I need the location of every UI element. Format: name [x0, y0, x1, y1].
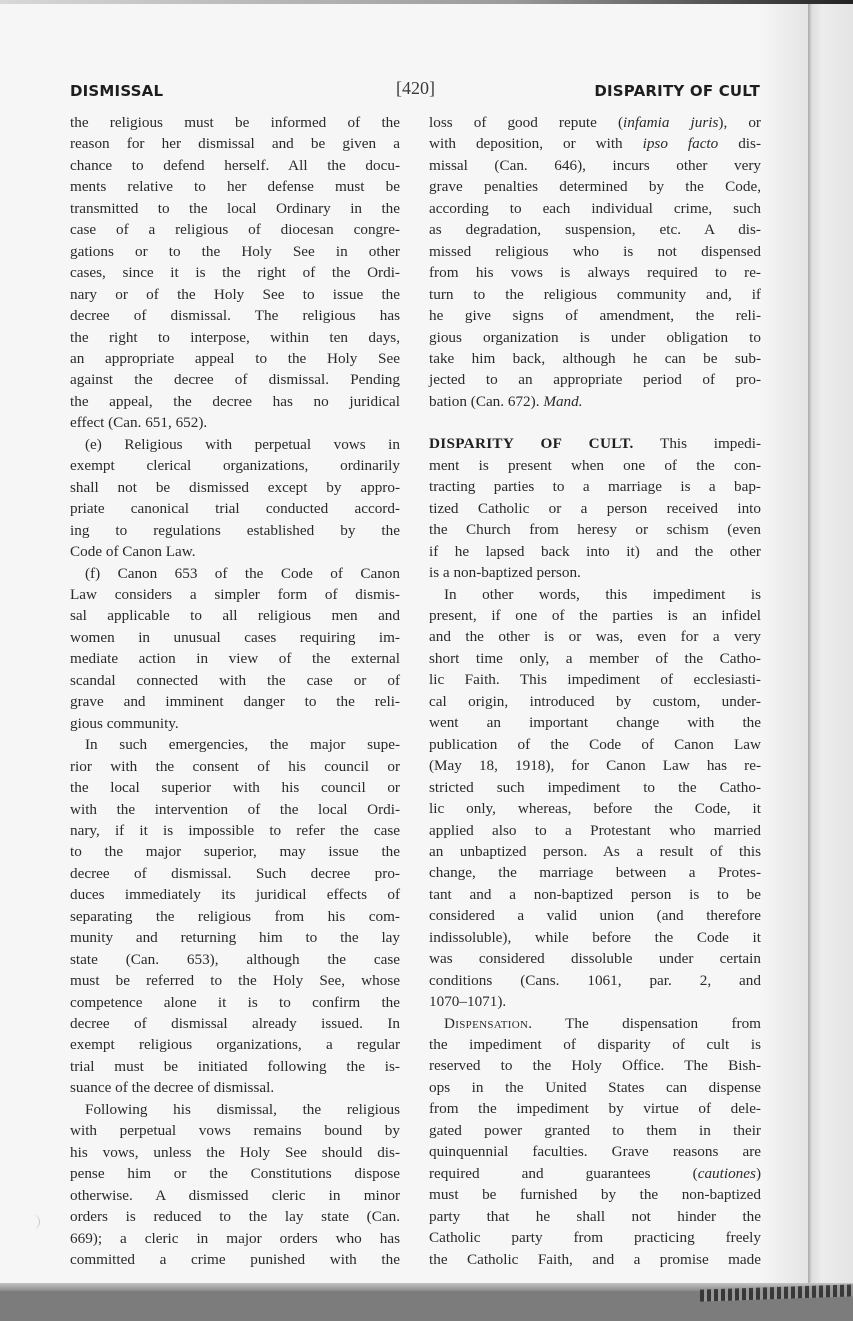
text-line: exempt clerical organizations, ordinaril… — [70, 455, 400, 476]
text-line: gious organization is under obligation t… — [429, 327, 761, 348]
latin-term: cautiones — [698, 1165, 756, 1182]
text-line: Code of Canon Law. — [70, 541, 400, 562]
text-line: lic only, whereas, before the Code, it — [429, 798, 761, 819]
text-line: tant and a non-baptized person is to be — [429, 884, 761, 905]
text-line: suance of the decree of dismissal. — [70, 1077, 400, 1098]
text-line: the Church from heresy or schism (even — [429, 519, 761, 540]
text-line: reserved to the Holy Office. The Bish- — [429, 1055, 761, 1076]
next-page-edge — [808, 3, 853, 1285]
text-line: women in unusual cases requiring im- — [70, 627, 400, 648]
text-line: cases, since it is the right of the Ordi… — [70, 262, 400, 283]
text-line: gated power granted to them in their — [429, 1120, 761, 1141]
text-line: according to each individual crime, such — [429, 198, 761, 219]
text-run: . The dispensation from — [528, 1015, 761, 1032]
text-line: grave penalties determined by the Code, — [429, 176, 761, 197]
dispensation-heading-line: Dispensation. The dispensation from — [429, 1013, 761, 1034]
paragraph-emergencies-start: In such emergencies, the major supe- — [70, 734, 400, 755]
running-head-left: DISMISSAL — [70, 82, 163, 100]
text-run: This impedi- — [634, 435, 761, 452]
text-line: decree of dismissal already issued. In — [70, 1013, 400, 1034]
text-line: turn to the religious community and, if — [429, 284, 761, 305]
text-line: the religious must be informed of the — [70, 112, 400, 133]
text-line: must be referred to the Holy See, whose — [70, 970, 400, 991]
text-line: gious community. — [70, 713, 400, 734]
page-gutter-shadow — [760, 3, 808, 1285]
text-line: as degradation, suspension, etc. A dis- — [429, 219, 761, 240]
text-line: otherwise. A dismissed cleric in minor — [70, 1185, 400, 1206]
text-line: mediate action in view of the external — [70, 648, 400, 669]
text-line: exempt religious organizations, a regula… — [70, 1034, 400, 1055]
text-line: with the intervention of the local Ordi- — [70, 799, 400, 820]
text-line: ments relative to her defense must be — [70, 176, 400, 197]
text-run: required and guarantees ( — [429, 1165, 698, 1182]
text-run: ), or — [718, 114, 761, 131]
text-line: case of a religious of diocesan congre- — [70, 219, 400, 240]
dispensation-subheading: Dispensation — [444, 1015, 528, 1032]
text-line: jected to an appropriate period of pro- — [429, 369, 761, 390]
text-line: separating the religious from his com- — [70, 906, 400, 927]
text-line: the right to interpose, within ten days, — [70, 327, 400, 348]
text-line: committed a crime punished with the — [70, 1249, 400, 1270]
text-line: present, if one of the parties is an inf… — [429, 605, 761, 626]
text-line: he give signs of amendment, the reli- — [429, 305, 761, 326]
text-line: lic Faith. This impediment of ecclesiast… — [429, 669, 761, 690]
text-line: ops in the United States can dispense — [429, 1077, 761, 1098]
text-line: from his vows is always required to re- — [429, 262, 761, 283]
text-line: party that he shall not hinder the — [429, 1206, 761, 1227]
text-line: ing to regulations established by the — [70, 520, 400, 541]
page-number: [420] — [396, 78, 435, 99]
text-line: competence alone it is to confirm the — [70, 992, 400, 1013]
text-line: indissoluble), while before the Code it — [429, 927, 761, 948]
text-line: must be furnished by the non-baptized — [429, 1184, 761, 1205]
text-line: rior with the consent of his council or — [70, 756, 400, 777]
text-line: pense him or the Constitutions dispose — [70, 1163, 400, 1184]
text-line: if he lapsed back into it) and the other — [429, 541, 761, 562]
text-line: duces immediately its juridical effects … — [70, 884, 400, 905]
text-line: ment is present when one of the con- — [429, 455, 761, 476]
paragraph-f-start: (f) Canon 653 of the Code of Canon — [70, 563, 400, 584]
text-run: with deposition, or with — [429, 135, 643, 152]
text-line: the appeal, the decree has no juridical — [70, 391, 400, 412]
text-line: Law considers a simpler form of dismis- — [70, 584, 400, 605]
text-line: nary, if it is impossible to refer the c… — [70, 820, 400, 841]
text-line: missed religious who is not dispensed — [429, 241, 761, 262]
latin-term: ipso facto — [643, 135, 719, 152]
text-line: from the impediment by virtue of dele- — [429, 1098, 761, 1119]
running-head: DISMISSAL [420] DISPARITY OF CULT — [70, 80, 760, 102]
text-line: decree of dismissal. Such decree pro- — [70, 863, 400, 884]
text-line: short time only, a member of the Catho- — [429, 648, 761, 669]
text-line: reason for her dismissal and be given a — [70, 133, 400, 154]
text-line: the impediment of disparity of cult is — [429, 1034, 761, 1055]
text-line: and the other is or was, even for a very — [429, 626, 761, 647]
text-line: loss of good repute (infamia juris), or — [429, 112, 761, 133]
top-page-edge — [0, 0, 853, 4]
text-line: quinquennial faculties. Grave reasons ar… — [429, 1141, 761, 1162]
text-line: Catholic party from practicing freely — [429, 1227, 761, 1248]
text-line: conditions (Cans. 1061, par. 2, and — [429, 970, 761, 991]
text-line: sal applicable to all religious men and — [70, 605, 400, 626]
text-line: stricted such impediment to the Catho- — [429, 777, 761, 798]
text-line: the Catholic Faith, and a promise made — [429, 1249, 761, 1270]
text-line: 669); a cleric in major orders who has — [70, 1228, 400, 1249]
text-line: tracting parties to a marriage is a bap- — [429, 476, 761, 497]
text-line: missal (Can. 646), incurs other very — [429, 155, 761, 176]
text-run: bation (Can. 672). — [429, 393, 543, 410]
text-line: (May 18, 1918), for Canon Law has re- — [429, 755, 761, 776]
left-column: the religious must be informed of the re… — [70, 112, 400, 1270]
text-line: to the major superior, may issue the — [70, 841, 400, 862]
text-line: gations or to the Holy See in other — [70, 241, 400, 262]
text-line: bation (Can. 672). Mand. — [429, 391, 761, 412]
text-line: applied also to a Protestant who married — [429, 820, 761, 841]
paragraph-other-words-start: In other words, this impediment is — [429, 584, 761, 605]
text-line: tized Catholic or a person received into — [429, 498, 761, 519]
text-line: grave and imminent danger to the reli- — [70, 691, 400, 712]
text-line: priate canonical trial conducted accord- — [70, 498, 400, 519]
text-line: the local superior with his council or — [70, 777, 400, 798]
text-line: against the decree of dismissal. Pending — [70, 369, 400, 390]
text-line: trial must be initiated following the is… — [70, 1056, 400, 1077]
running-head-right: DISPARITY OF CULT — [594, 82, 760, 100]
paragraph-following-start: Following his dismissal, the religious — [70, 1099, 400, 1120]
text-line: was considered dissoluble under certain — [429, 948, 761, 969]
text-line: transmitted to the local Ordinary in the — [70, 198, 400, 219]
text-line: an unbaptized person. As a result of thi… — [429, 841, 761, 862]
entry-spacer — [429, 412, 761, 433]
text-line: went an important change with the — [429, 712, 761, 733]
text-line: state (Can. 653), although the case — [70, 949, 400, 970]
text-run: ) — [756, 1165, 761, 1182]
author-signature: Mand. — [543, 393, 582, 410]
text-line: considered a valid union (and therefore — [429, 905, 761, 926]
text-line: orders is reduced to the lay state (Can. — [70, 1206, 400, 1227]
text-line: nary or of the Holy See to issue the — [70, 284, 400, 305]
text-run: loss of good repute ( — [429, 114, 623, 131]
text-line: chance to defend herself. All the docu- — [70, 155, 400, 176]
entry-heading: DISPARITY OF CULT. — [429, 435, 634, 452]
text-line: munity and returning him to the lay — [70, 927, 400, 948]
text-line: with perpetual vows remains bound by — [70, 1120, 400, 1141]
text-line: an appropriate appeal to the Holy See — [70, 348, 400, 369]
text-run: dis- — [718, 135, 761, 152]
right-column: loss of good repute (infamia juris), or … — [429, 112, 761, 1270]
text-line: 1070–1071). — [429, 991, 761, 1012]
text-line: take him back, although he can be sub- — [429, 348, 761, 369]
text-line: cal origin, introduced by custom, under- — [429, 691, 761, 712]
text-line: change, the marriage between a Protes- — [429, 862, 761, 883]
text-line: required and guarantees (cautiones) — [429, 1163, 761, 1184]
text-line: with deposition, or with ipso facto dis- — [429, 133, 761, 154]
paragraph-e-start: (e) Religious with perpetual vows in — [70, 434, 400, 455]
text-line: effect (Can. 651, 652). — [70, 412, 400, 433]
text-line: scandal connected with the case or of — [70, 670, 400, 691]
entry-heading-line: DISPARITY OF CULT. This impedi- — [429, 433, 761, 454]
text-line: is a non-baptized person. — [429, 562, 761, 583]
latin-term: infamia juris — [623, 114, 718, 131]
text-line: decree of dismissal. The religious has — [70, 305, 400, 326]
text-line: publication of the Code of Canon Law — [429, 734, 761, 755]
text-line: his vows, unless the Holy See should dis… — [70, 1142, 400, 1163]
text-line: shall not be dismissed except by appro- — [70, 477, 400, 498]
